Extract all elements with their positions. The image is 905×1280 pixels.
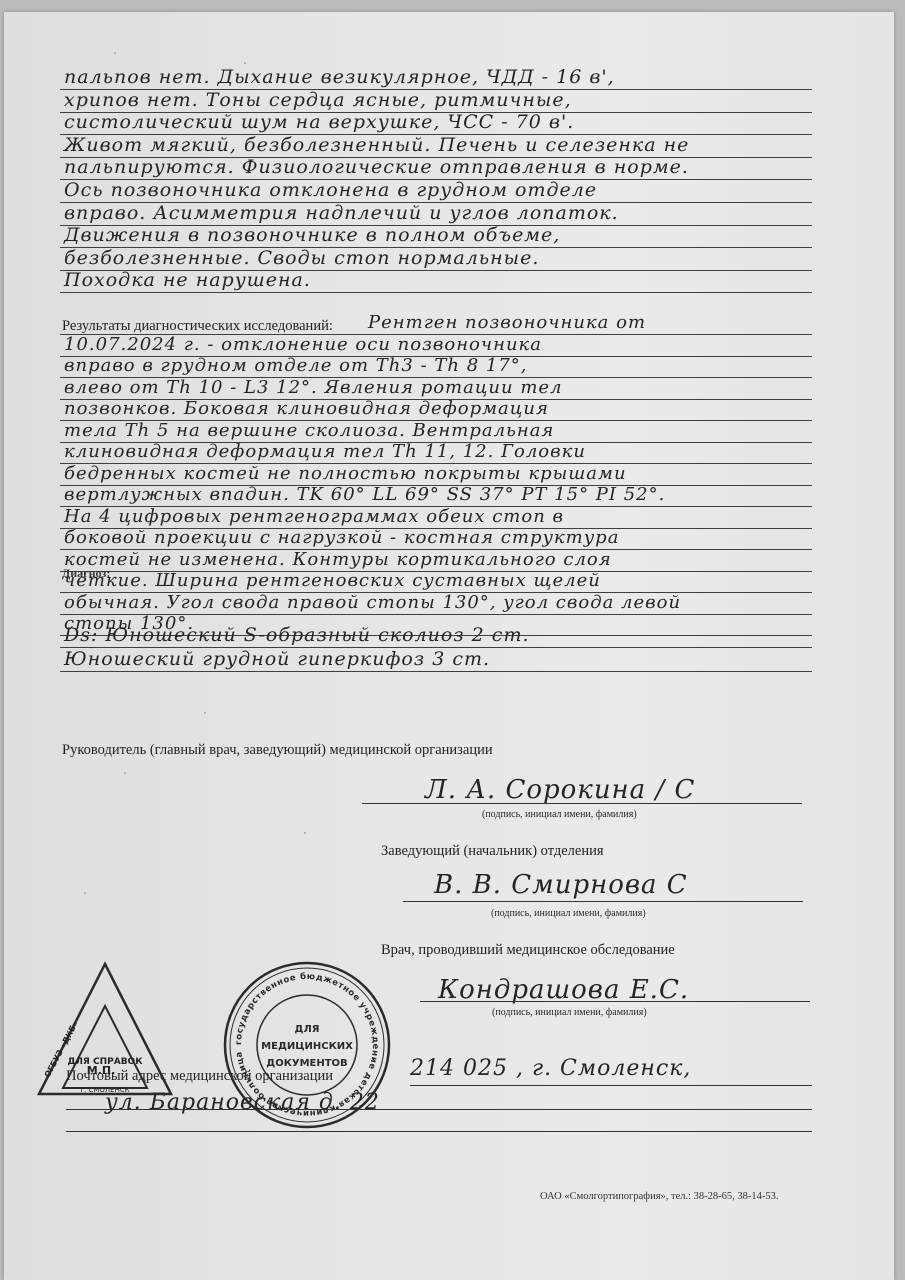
speck	[244, 62, 246, 64]
handwritten-line: Живот мягкий, безболезненный. Печень и с…	[64, 134, 689, 156]
handwritten-line: пальпируются. Физиологические отправлени…	[64, 156, 689, 178]
handwritten-line: клиновидная деформация тел Th 11, 12. Го…	[64, 441, 586, 462]
stamp-city: г. СМОЛЕНСК	[80, 1086, 129, 1094]
doctor-signature-caption: (подпись, инициал имени, фамилия)	[492, 1007, 647, 1018]
speck	[124, 772, 126, 774]
handwritten-line: костей не изменена. Контуры кортикальног…	[64, 549, 612, 570]
speck	[304, 832, 306, 834]
handwritten-line: тела Th 5 на вершине сколиоза. Вентральн…	[64, 420, 554, 441]
handwritten-line: вправо. Асимметрия надплечий и углов лоп…	[64, 202, 619, 224]
head-label: Руководитель (главный врач, заведующий) …	[62, 742, 493, 759]
handwritten-line: пальпов нет. Дыхание везикулярное, ЧДД -…	[64, 66, 615, 88]
handwritten-line: На 4 цифровых рентгенограммах обеих стоп…	[64, 506, 564, 527]
handwritten-line: Ось позвоночника отклонена в грудном отд…	[64, 179, 597, 201]
handwritten-line: 10.07.2024 г. - отклонение оси позвоночн…	[64, 334, 542, 355]
handwritten-line: Юношеский грудной гиперкифоз 3 ст.	[64, 648, 490, 670]
handwritten-line: бедренных костей не полностью покрыты кр…	[64, 463, 627, 484]
dept-signature-line	[403, 901, 803, 902]
handwritten-line: Рентген позвоночника от	[368, 312, 646, 333]
speck	[204, 712, 206, 714]
handwritten-line: хрипов нет. Тоны сердца ясные, ритмичные…	[64, 89, 572, 111]
address-line-1: 214 025 , г. Смоленск,	[410, 1056, 691, 1081]
diagnostics-label: Результаты диагностических исследований:	[62, 318, 333, 335]
address-line-3-rule	[66, 1131, 812, 1132]
handwritten-line: позвонков. Боковая клиновидная деформаци…	[64, 398, 549, 419]
handwritten-line: обычная. Угол свода правой стопы 130°, у…	[64, 592, 681, 613]
handwritten-line: систолический шум на верхушке, ЧСС - 70 …	[64, 111, 574, 133]
stamp-center-3: ДОКУМЕНТОВ	[266, 1058, 347, 1069]
head-signature-line	[362, 803, 802, 804]
dept-signature-caption: (подпись, инициал имени, фамилия)	[491, 908, 646, 919]
handwritten-line: Движения в позвоночнике в полном объеме,	[64, 224, 560, 246]
handwritten-line: чёткие. Ширина рентгеновских суставных щ…	[64, 570, 601, 591]
stamp-center-1: ДЛЯ	[295, 1024, 320, 1035]
printer-footer: ОАО «Смолгортипография», тел.: 38-28-65,…	[540, 1191, 779, 1202]
round-stamp: государственное бюджетное учреждение дет…	[222, 960, 392, 1130]
stamp-org: ОГБУЗ «ДКБ»	[43, 1019, 80, 1079]
stamp-center: ДЛЯ СПРАВОК	[67, 1057, 143, 1067]
dept-label: Заведующий (начальник) отделения	[381, 843, 604, 860]
handwritten-line: вертлужных впадин. TK 60° LL 69° SS 37° …	[64, 484, 665, 505]
doctor-signature-line	[420, 1001, 810, 1002]
address-line-1-rule	[410, 1085, 812, 1086]
handwritten-line: вправо в грудном отделе от Th3 - Th 8 17…	[64, 355, 528, 376]
handwritten-line: боковой проекции с нагрузкой - костная с…	[64, 527, 619, 548]
dept-signature: В. В. Смирнова С	[434, 870, 688, 900]
address-line-2-rule	[66, 1109, 812, 1110]
speck	[114, 52, 116, 54]
handwritten-line: Походка не нарушена.	[64, 269, 311, 291]
speck	[84, 892, 86, 894]
head-signature: Л. А. Сорокина / С	[425, 775, 695, 805]
handwritten-line: безболезненные. Своды стоп нормальные.	[64, 247, 539, 269]
doctor-label: Врач, проводивший медицинское обследован…	[381, 942, 675, 959]
diagnosis-label: Диагноз:	[62, 566, 110, 581]
handwritten-line: Ds: Юношеский S-образный сколиоз 2 ст.	[64, 624, 530, 646]
ruled-line	[60, 671, 812, 672]
handwritten-line: влево от Th 10 - L3 12°. Явления ротации…	[64, 377, 563, 398]
stamp-center-2: МЕДИЦИНСКИХ	[261, 1041, 353, 1052]
ruled-line	[60, 292, 812, 293]
triangle-stamp: М.П. ДЛЯ СПРАВОК г. СМОЛЕНСК ОГБУЗ «ДКБ»	[35, 958, 175, 1098]
head-signature-caption: (подпись, инициал имени, фамилия)	[482, 809, 637, 820]
